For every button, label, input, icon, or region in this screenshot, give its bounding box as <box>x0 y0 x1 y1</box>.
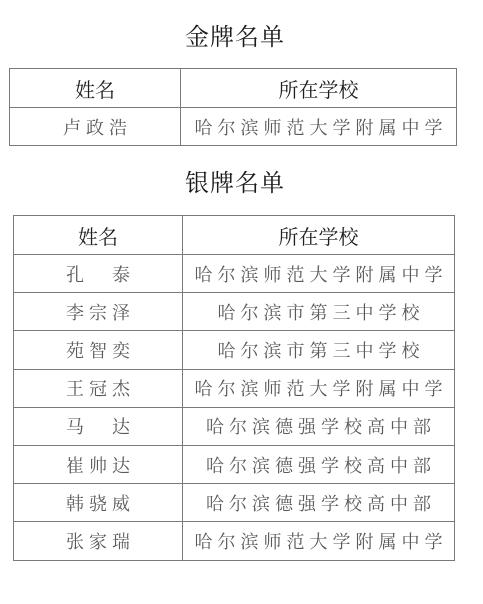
school-name: 哈尔滨师范大学附属中学 <box>183 522 455 560</box>
table-row: 李宗泽 哈尔滨市第三中学校 <box>14 293 455 331</box>
gold-medal-table: 姓名 所在学校 卢政浩 哈尔滨师范大学附属中学 <box>9 68 457 146</box>
table-row: 马 达 哈尔滨德强学校高中部 <box>14 407 455 445</box>
student-name: 马 达 <box>14 407 183 445</box>
header-name: 姓名 <box>14 216 183 255</box>
gold-medal-list-title: 金牌名单 <box>0 22 470 52</box>
table-row: 卢政浩 哈尔滨师范大学附属中学 <box>10 108 457 146</box>
student-name: 卢政浩 <box>10 108 181 146</box>
school-name: 哈尔滨德强学校高中部 <box>183 484 455 522</box>
silver-medal-list-title: 银牌名单 <box>0 168 470 198</box>
student-name: 李宗泽 <box>14 293 183 331</box>
table-row: 孔 泰 哈尔滨师范大学附属中学 <box>14 255 455 293</box>
table-row: 王冠杰 哈尔滨师范大学附属中学 <box>14 369 455 407</box>
student-name: 张家瑞 <box>14 522 183 560</box>
student-name: 韩骁威 <box>14 484 183 522</box>
silver-medal-table: 姓名 所在学校 孔 泰 哈尔滨师范大学附属中学 李宗泽 哈尔滨市第三中学校 苑智… <box>13 215 455 561</box>
table-row: 韩骁威 哈尔滨德强学校高中部 <box>14 484 455 522</box>
student-name: 孔 泰 <box>14 255 183 293</box>
school-name: 哈尔滨德强学校高中部 <box>183 407 455 445</box>
header-name: 姓名 <box>10 69 181 108</box>
table-row: 崔帅达 哈尔滨德强学校高中部 <box>14 445 455 483</box>
header-school: 所在学校 <box>183 216 455 255</box>
school-name: 哈尔滨师范大学附属中学 <box>183 255 455 293</box>
table-header-row: 姓名 所在学校 <box>10 69 457 108</box>
table-row: 张家瑞 哈尔滨师范大学附属中学 <box>14 522 455 560</box>
school-name: 哈尔滨德强学校高中部 <box>183 445 455 483</box>
school-name: 哈尔滨市第三中学校 <box>183 331 455 369</box>
student-name: 苑智奕 <box>14 331 183 369</box>
table-row: 苑智奕 哈尔滨市第三中学校 <box>14 331 455 369</box>
header-school: 所在学校 <box>181 69 457 108</box>
school-name: 哈尔滨师范大学附属中学 <box>181 108 457 146</box>
school-name: 哈尔滨市第三中学校 <box>183 293 455 331</box>
student-name: 崔帅达 <box>14 445 183 483</box>
table-header-row: 姓名 所在学校 <box>14 216 455 255</box>
student-name: 王冠杰 <box>14 369 183 407</box>
school-name: 哈尔滨师范大学附属中学 <box>183 369 455 407</box>
